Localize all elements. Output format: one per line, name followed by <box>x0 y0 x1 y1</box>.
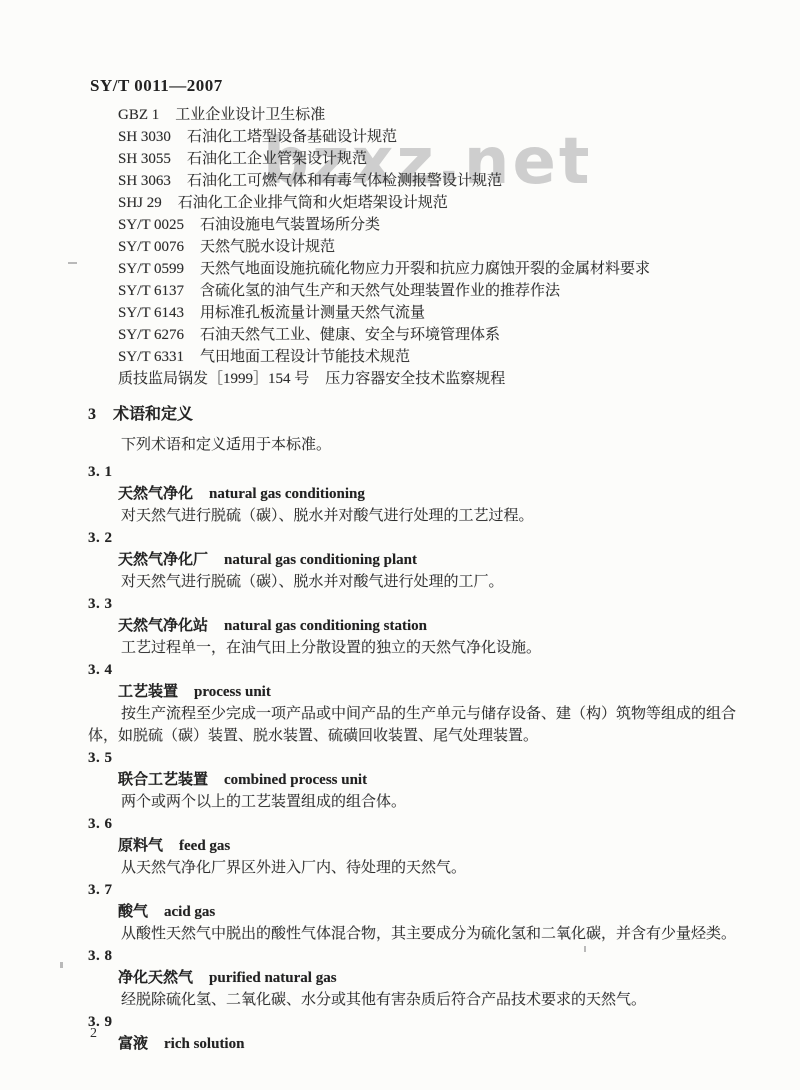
reference-code: SH 3055 <box>118 151 171 167</box>
term-name-zh: 天然气净化 <box>118 486 193 502</box>
term-name-en: acid gas <box>164 904 215 920</box>
reference-item: SY/T 6137含硫化氢的油气生产和天然气处理装置作业的推荐作法 <box>88 280 748 302</box>
page-body: GBZ 1工业企业设计卫生标准 SH 3030石油化工塔型设备基础设计规范 SH… <box>88 104 748 1055</box>
term-block: 3. 3 天然气净化站natural gas conditioning stat… <box>88 593 748 659</box>
reference-item: SY/T 0025石油设施电气装置场所分类 <box>88 214 748 236</box>
term-block: 3. 4 工艺装置process unit 按生产流程至少完成一项产品或中间产品… <box>88 659 748 747</box>
section-title: 术语和定义 <box>113 406 193 423</box>
reference-code: SY/T 0025 <box>118 217 184 233</box>
reference-item: GBZ 1工业企业设计卫生标准 <box>88 104 748 126</box>
term-block: 3. 9 富液rich solution <box>88 1011 748 1055</box>
reference-code: SY/T 6137 <box>118 283 184 299</box>
term-definition: 按生产流程至少完成一项产品或中间产品的生产单元与储存设备、建（构）筑物等组成的组… <box>88 703 748 747</box>
reference-item: SY/T 0599天然气地面设施抗硫化物应力开裂和抗应力腐蚀开裂的金属材料要求 <box>88 258 748 280</box>
term-name: 联合工艺装置combined process unit <box>88 769 748 791</box>
term-definition: 两个或两个以上的工艺装置组成的组合体。 <box>88 791 748 813</box>
term-number: 3. 1 <box>88 461 748 483</box>
term-number: 3. 3 <box>88 593 748 615</box>
term-number: 3. 7 <box>88 879 748 901</box>
reference-item: SY/T 6331气田地面工程设计节能技术规范 <box>88 346 748 368</box>
reference-code: SH 3030 <box>118 129 171 145</box>
scan-artifact <box>68 262 77 264</box>
reference-code: GBZ 1 <box>118 107 159 123</box>
term-name: 原料气feed gas <box>88 835 748 857</box>
term-name: 富液rich solution <box>88 1033 748 1055</box>
reference-code: SH 3063 <box>118 173 171 189</box>
reference-title: 天然气地面设施抗硫化物应力开裂和抗应力腐蚀开裂的金属材料要求 <box>200 261 650 277</box>
reference-code: SY/T 0076 <box>118 239 184 255</box>
term-name-en: natural gas conditioning station <box>224 618 427 634</box>
reference-title: 石油天然气工业、健康、安全与环境管理体系 <box>200 327 500 343</box>
term-name-zh: 净化天然气 <box>118 970 193 986</box>
term-name-en: process unit <box>194 684 271 700</box>
section-intro: 下列术语和定义适用于本标准。 <box>88 434 748 456</box>
reference-item: 质技监局锅发［1999］154 号压力容器安全技术监察规程 <box>88 368 748 390</box>
term-name: 天然气净化厂natural gas conditioning plant <box>88 549 748 571</box>
term-name-en: feed gas <box>179 838 230 854</box>
reference-item: SY/T 6143用标准孔板流量计测量天然气流量 <box>88 302 748 324</box>
term-block: 3. 7 酸气acid gas 从酸性天然气中脱出的酸性气体混合物，其主要成分为… <box>88 879 748 945</box>
reference-item: SH 3055石油化工企业管架设计规范 <box>88 148 748 170</box>
term-name-en: natural gas conditioning plant <box>224 552 417 568</box>
term-name: 天然气净化natural gas conditioning <box>88 483 748 505</box>
reference-title: 石油设施电气装置场所分类 <box>200 217 380 233</box>
reference-code: SY/T 6143 <box>118 305 184 321</box>
reference-title: 石油化工企业管架设计规范 <box>187 151 367 167</box>
reference-title: 气田地面工程设计节能技术规范 <box>200 349 410 365</box>
reference-title: 石油化工可燃气体和有毒气体检测报警设计规范 <box>187 173 502 189</box>
term-block: 3. 8 净化天然气purified natural gas 经脱除硫化氢、二氧… <box>88 945 748 1011</box>
term-name: 酸气acid gas <box>88 901 748 923</box>
term-name-zh: 天然气净化站 <box>118 618 208 634</box>
reference-title: 用标准孔板流量计测量天然气流量 <box>200 305 425 321</box>
term-name: 工艺装置process unit <box>88 681 748 703</box>
reference-code: SY/T 6331 <box>118 349 184 365</box>
reference-code: 质技监局锅发［1999］154 号 <box>118 371 309 387</box>
term-name-en: purified natural gas <box>209 970 337 986</box>
term-name-en: combined process unit <box>224 772 367 788</box>
term-name-zh: 酸气 <box>118 904 148 920</box>
term-name-zh: 富液 <box>118 1036 148 1052</box>
terms-list: 3. 1 天然气净化natural gas conditioning 对天然气进… <box>88 461 748 1055</box>
term-number: 3. 2 <box>88 527 748 549</box>
reference-title: 天然气脱水设计规范 <box>200 239 335 255</box>
term-number: 3. 9 <box>88 1011 748 1033</box>
term-number: 3. 8 <box>88 945 748 967</box>
term-definition: 经脱除硫化氢、二氧化碳、水分或其他有害杂质后符合产品技术要求的天然气。 <box>88 989 748 1011</box>
term-definition: 从天然气净化厂界区外进入厂内、待处理的天然气。 <box>88 857 748 879</box>
scan-artifact <box>60 962 63 968</box>
term-name: 净化天然气purified natural gas <box>88 967 748 989</box>
reference-item: SH 3063石油化工可燃气体和有毒气体检测报警设计规范 <box>88 170 748 192</box>
term-number: 3. 5 <box>88 747 748 769</box>
reference-item: SH 3030石油化工塔型设备基础设计规范 <box>88 126 748 148</box>
reference-item: SY/T 6276石油天然气工业、健康、安全与环境管理体系 <box>88 324 748 346</box>
reference-title: 压力容器安全技术监察规程 <box>325 371 505 387</box>
term-name: 天然气净化站natural gas conditioning station <box>88 615 748 637</box>
reference-title: 石油化工企业排气筒和火炬塔架设计规范 <box>178 195 448 211</box>
standard-code: SY/T 0011—2007 <box>90 76 223 96</box>
reference-title: 石油化工塔型设备基础设计规范 <box>187 129 397 145</box>
term-definition: 从酸性天然气中脱出的酸性气体混合物，其主要成分为硫化氢和二氧化碳，并含有少量烃类… <box>88 923 748 945</box>
reference-item: SY/T 0076天然气脱水设计规范 <box>88 236 748 258</box>
term-block: 3. 6 原料气feed gas 从天然气净化厂界区外进入厂内、待处理的天然气。 <box>88 813 748 879</box>
term-number: 3. 6 <box>88 813 748 835</box>
term-name-zh: 原料气 <box>118 838 163 854</box>
term-name-zh: 联合工艺装置 <box>118 772 208 788</box>
section-number: 3 <box>88 406 96 423</box>
document-page: SY/T 0011—2007 bzxz.net GBZ 1工业企业设计卫生标准 … <box>0 0 800 1090</box>
term-definition: 对天然气进行脱硫（碳）、脱水并对酸气进行处理的工艺过程。 <box>88 505 748 527</box>
reference-list: GBZ 1工业企业设计卫生标准 SH 3030石油化工塔型设备基础设计规范 SH… <box>88 104 748 390</box>
term-definition: 对天然气进行脱硫（碳）、脱水并对酸气进行处理的工厂。 <box>88 571 748 593</box>
reference-code: SY/T 0599 <box>118 261 184 277</box>
term-name-zh: 工艺装置 <box>118 684 178 700</box>
term-block: 3. 1 天然气净化natural gas conditioning 对天然气进… <box>88 461 748 527</box>
term-name-en: natural gas conditioning <box>209 486 365 502</box>
term-name-zh: 天然气净化厂 <box>118 552 208 568</box>
reference-item: SHJ 29石油化工企业排气筒和火炬塔架设计规范 <box>88 192 748 214</box>
term-block: 3. 2 天然气净化厂natural gas conditioning plan… <box>88 527 748 593</box>
reference-code: SY/T 6276 <box>118 327 184 343</box>
term-definition: 工艺过程单一，在油气田上分散设置的独立的天然气净化设施。 <box>88 637 748 659</box>
term-name-en: rich solution <box>164 1036 244 1052</box>
term-block: 3. 5 联合工艺装置combined process unit 两个或两个以上… <box>88 747 748 813</box>
reference-title: 工业企业设计卫生标准 <box>175 107 325 123</box>
page-number: 2 <box>90 1026 97 1042</box>
section-heading: 3术语和定义 <box>88 403 748 427</box>
reference-title: 含硫化氢的油气生产和天然气处理装置作业的推荐作法 <box>200 283 560 299</box>
term-number: 3. 4 <box>88 659 748 681</box>
reference-code: SHJ 29 <box>118 195 162 211</box>
